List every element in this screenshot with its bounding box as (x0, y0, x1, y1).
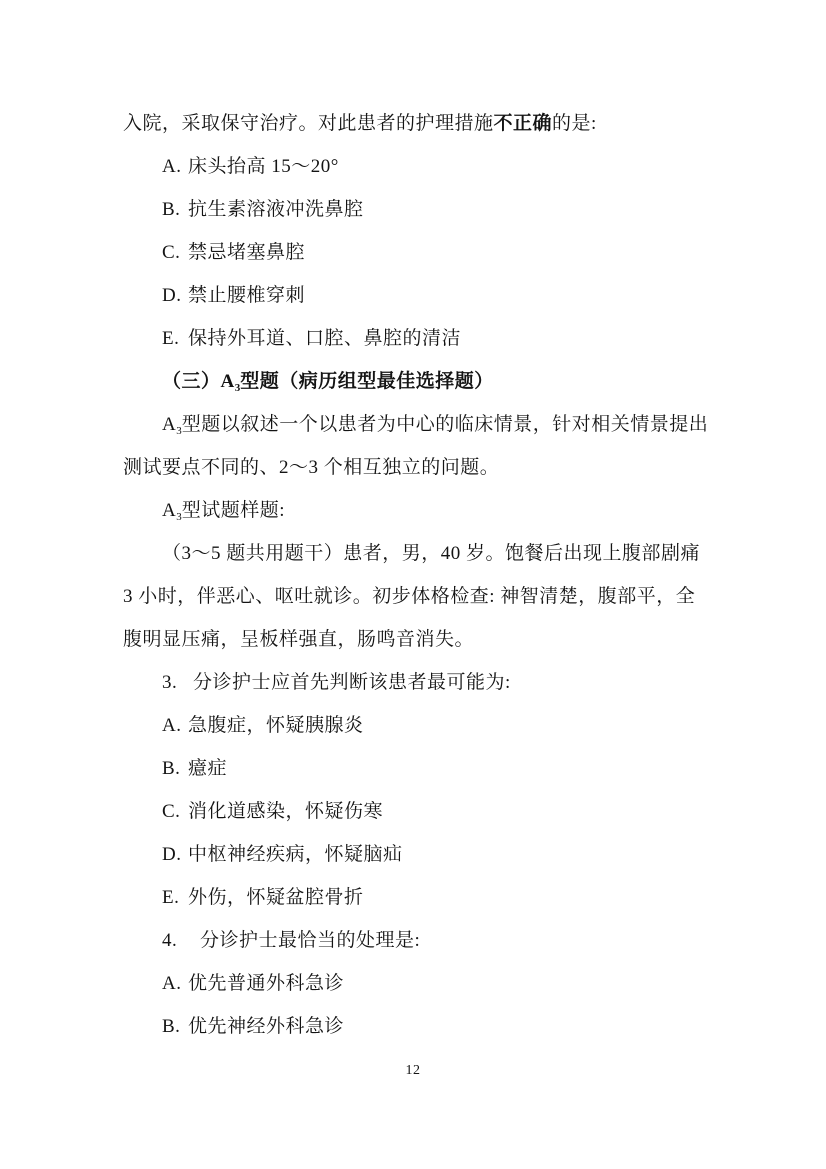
option-letter: B. (162, 1005, 188, 1048)
option-text: 中枢神经疾病，怀疑脑疝 (188, 844, 403, 865)
option-letter: A. (162, 145, 188, 188)
option-text: 禁忌堵塞鼻腔 (188, 242, 305, 263)
option-letter: B. (162, 747, 188, 790)
option-text: 消化道感染，怀疑伤寒 (188, 801, 383, 822)
question3-option-c: C.消化道感染，怀疑伤寒 (123, 790, 709, 833)
question3-stem: 3.分诊护士应首先判断该患者最可能为: (123, 661, 709, 704)
question3-option-b: B.癔症 (123, 747, 709, 790)
question2-option-b: B.抗生素溶液冲洗鼻腔 (123, 188, 709, 231)
question4-number: 4. (162, 919, 200, 962)
option-letter: C. (162, 231, 188, 274)
question3-option-d: D.中枢神经疾病，怀疑脑疝 (123, 833, 709, 876)
page-number: 12 (0, 1063, 826, 1079)
question2-option-e: E.保持外耳道、口腔、鼻腔的清洁 (123, 317, 709, 360)
option-text: 床头抬高 15～20° (188, 156, 339, 177)
section-intro-pre: A (162, 414, 176, 435)
question2-stem-emphasis: 不正确 (494, 113, 553, 134)
question2-option-c: C.禁忌堵塞鼻腔 (123, 231, 709, 274)
option-letter: B. (162, 188, 188, 231)
question3-option-e: E.外伤，怀疑盆腔骨折 (123, 876, 709, 919)
option-letter: D. (162, 833, 188, 876)
question3-text: 分诊护士应首先判断该患者最可能为: (193, 672, 511, 693)
option-text: 优先普通外科急诊 (188, 973, 344, 994)
section-intro-line1: A3型题以叙述一个以患者为中心的临床情景，针对相关情景提出 (123, 403, 709, 446)
option-letter: E. (162, 876, 188, 919)
question2-stem-post: 的是: (552, 113, 597, 134)
question2-stem-pre: 入院，采取保守治疗。对此患者的护理措施 (123, 113, 494, 134)
option-text: 抗生素溶液冲洗鼻腔 (188, 199, 364, 220)
section-heading: （三）A3型题（病历组型最佳选择题） (123, 360, 709, 403)
option-text: 癔症 (188, 758, 227, 779)
question4-text: 分诊护士最恰当的处理是: (200, 930, 420, 951)
option-letter: D. (162, 274, 188, 317)
option-text: 外伤，怀疑盆腔骨折 (188, 887, 364, 908)
question3-number: 3. (162, 661, 193, 704)
sample-label-post: 型试题样题: (182, 500, 285, 521)
document-body: 入院，采取保守治疗。对此患者的护理措施不正确的是: A.床头抬高 15～20° … (123, 102, 709, 1048)
sample-label: A3型试题样题: (123, 489, 709, 532)
sample-label-pre: A (162, 500, 176, 521)
option-text: 急腹症，怀疑胰腺炎 (188, 715, 364, 736)
question4-option-a: A.优先普通外科急诊 (123, 962, 709, 1005)
question3-option-a: A.急腹症，怀疑胰腺炎 (123, 704, 709, 747)
document-page: 入院，采取保守治疗。对此患者的护理措施不正确的是: A.床头抬高 15～20° … (0, 0, 826, 1169)
option-letter: A. (162, 962, 188, 1005)
question2-stem: 入院，采取保守治疗。对此患者的护理措施不正确的是: (123, 102, 709, 145)
option-letter: C. (162, 790, 188, 833)
case-stem-line3: 腹明显压痛，呈板样强直，肠鸣音消失。 (123, 618, 709, 661)
option-text: 禁止腰椎穿刺 (188, 285, 305, 306)
question4-option-b: B.优先神经外科急诊 (123, 1005, 709, 1048)
question2-option-a: A.床头抬高 15～20° (123, 145, 709, 188)
case-stem-line2: 3 小时，伴恶心、呕吐就诊。初步体格检查: 神智清楚，腹部平，全 (123, 575, 709, 618)
case-stem-line1: （3～5 题共用题干）患者，男，40 岁。饱餐后出现上腹部剧痛 (123, 532, 709, 575)
option-letter: A. (162, 704, 188, 747)
section-heading-post: 型题（病历组型最佳选择题） (240, 371, 494, 392)
section-heading-pre: （三）A (162, 371, 235, 392)
section-intro-line2: 测试要点不同的、2～3 个相互独立的问题。 (123, 446, 709, 489)
option-text: 优先神经外科急诊 (188, 1016, 344, 1037)
question4-stem: 4.分诊护士最恰当的处理是: (123, 919, 709, 962)
question2-option-d: D.禁止腰椎穿刺 (123, 274, 709, 317)
option-text: 保持外耳道、口腔、鼻腔的清洁 (188, 328, 461, 349)
section-intro-post: 型题以叙述一个以患者为中心的临床情景，针对相关情景提出 (182, 414, 709, 435)
option-letter: E. (162, 317, 188, 360)
